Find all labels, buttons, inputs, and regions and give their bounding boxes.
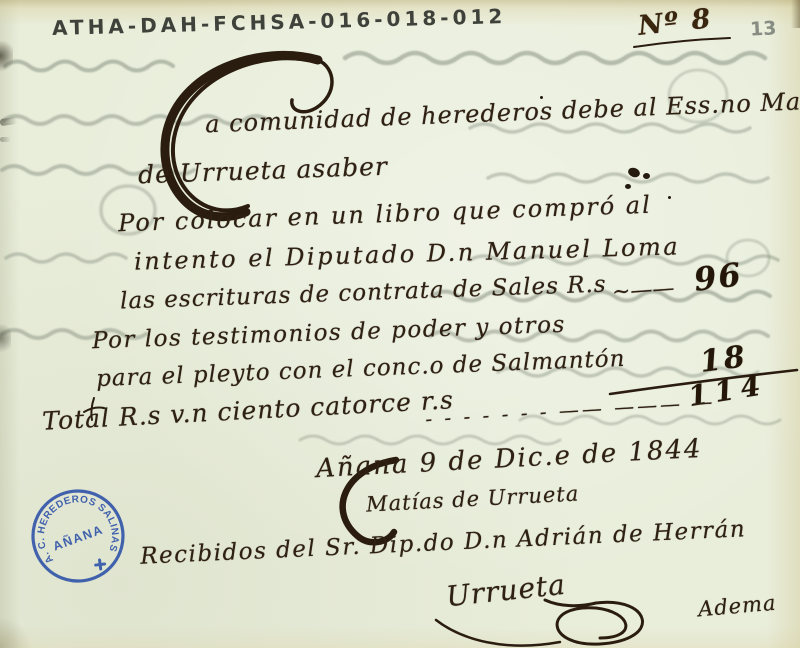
- signature-rubric-tail: [436, 620, 560, 646]
- ink-speck: [643, 173, 650, 179]
- cross-icon: [95, 559, 105, 569]
- document-number-underline: [634, 38, 730, 47]
- stamp-center-text: AÑANA: [51, 521, 106, 553]
- dash-leader-sales: ~——: [611, 276, 675, 305]
- stamp-arc-text: A. C. HEREDEROS SALINAS: [31, 489, 123, 566]
- ink-speck: [625, 184, 631, 189]
- ink-speck: [540, 96, 543, 99]
- initial-letter-L-hook: [292, 60, 332, 112]
- amount-escrituras: 96: [692, 255, 745, 299]
- signature-rubric-flourish: [545, 600, 643, 644]
- archive-stamp: A. C. HEREDEROS SALINAS AÑANA: [16, 474, 141, 599]
- scanned-manuscript-page: ATHA-DAH-FCHSA-016-018-012 13 Nº 8 a com…: [0, 0, 800, 648]
- ink-speck: [668, 196, 671, 199]
